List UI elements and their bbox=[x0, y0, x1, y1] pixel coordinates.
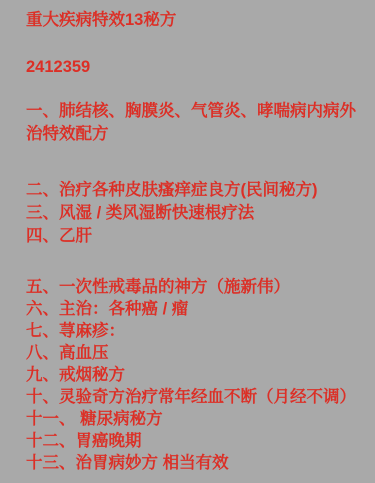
list-item-3: 三、风湿 / 类风湿断快速根疗法 bbox=[26, 202, 358, 225]
list-item-2: 二、治疗各种皮肤瘙痒症良方(民间秘方) bbox=[26, 179, 358, 202]
item-group-2: 二、治疗各种皮肤瘙痒症良方(民间秘方) 三、风湿 / 类风湿断快速根疗法 四、乙… bbox=[26, 179, 358, 248]
list-item-6: 六、主治：各种癌 / 瘤 bbox=[26, 298, 358, 320]
item-group-3: 五、一次性戒毒品的神方（施新伟） 六、主治：各种癌 / 瘤 七、荨麻疹： 八、高… bbox=[26, 276, 358, 474]
list-item-1: 一、肺结核、胸膜炎、气管炎、哮喘病内病外治特效配方 bbox=[26, 100, 358, 146]
list-item-12: 十二、胃癌晚期 bbox=[26, 430, 358, 452]
list-item-7: 七、荨麻疹： bbox=[26, 320, 358, 342]
list-item-4: 四、乙肝 bbox=[26, 225, 358, 248]
page-title: 重大疾病特效13秘方 bbox=[26, 9, 358, 32]
list-item-10: 十、灵验奇方治疗常年经血不断（月经不调） bbox=[26, 386, 358, 408]
list-item-8: 八、高血压 bbox=[26, 342, 358, 364]
document-code: 2412359 bbox=[26, 56, 358, 79]
document-page: 重大疾病特效13秘方 2412359 一、肺结核、胸膜炎、气管炎、哮喘病内病外治… bbox=[0, 0, 375, 483]
list-item-11: 十一、 糖尿病秘方 bbox=[26, 408, 358, 430]
list-item-5: 五、一次性戒毒品的神方（施新伟） bbox=[26, 276, 358, 298]
list-item-9: 九、戒烟秘方 bbox=[26, 364, 358, 386]
list-item-13: 十三、治胃病妙方 相当有效 bbox=[26, 452, 358, 474]
